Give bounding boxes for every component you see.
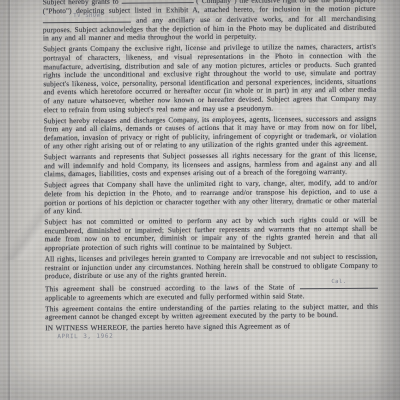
motion-picture-handwriting: TV SHOW <box>43 12 131 21</box>
paragraph-no-encumbrance: Subject has not committed or omitted to … <box>44 216 377 253</box>
state-blank: Cal. <box>300 281 378 290</box>
photographed-release-form: Subject hereby grants to NBC TV ("Compan… <box>0 0 400 400</box>
paragraph-governing-law: This agreement shall be construed accord… <box>45 281 378 303</box>
company-name-handwriting: NBC TV <box>121 0 193 1</box>
state-handwriting: Cal. <box>300 278 378 287</box>
paragraph-warranty: Subject warrants and represents that Sub… <box>44 151 377 179</box>
paragraph-grant: Subject hereby grants to NBC TV ("Compan… <box>43 0 376 43</box>
paragraph-rights-to-likeness: Subject grants Company the exclusive rig… <box>43 43 377 114</box>
document-text-block: Subject hereby grants to NBC TV ("Compan… <box>43 0 379 344</box>
paragraph-release-of-claims: Subject hereby releases and discharges C… <box>44 114 377 151</box>
motion-picture-blank: TV SHOW <box>43 15 131 24</box>
paragraph-entire-agreement: This agreement contains the entire under… <box>45 302 378 322</box>
governing-law-text-after: applicable to agreements which are execu… <box>45 291 305 302</box>
agreement-date-handwriting: APRIL 3, 1962 <box>57 331 378 342</box>
paragraph-irrevocable-rights: All rights, licenses and privileges here… <box>45 253 378 281</box>
company-name-blank: NBC TV <box>121 0 193 4</box>
paragraph-right-to-alter: Subject agrees that Company shall have t… <box>44 179 377 216</box>
paragraph-witness-clause: IN WITNESS WHEREOF, the parties hereto h… <box>45 322 378 342</box>
